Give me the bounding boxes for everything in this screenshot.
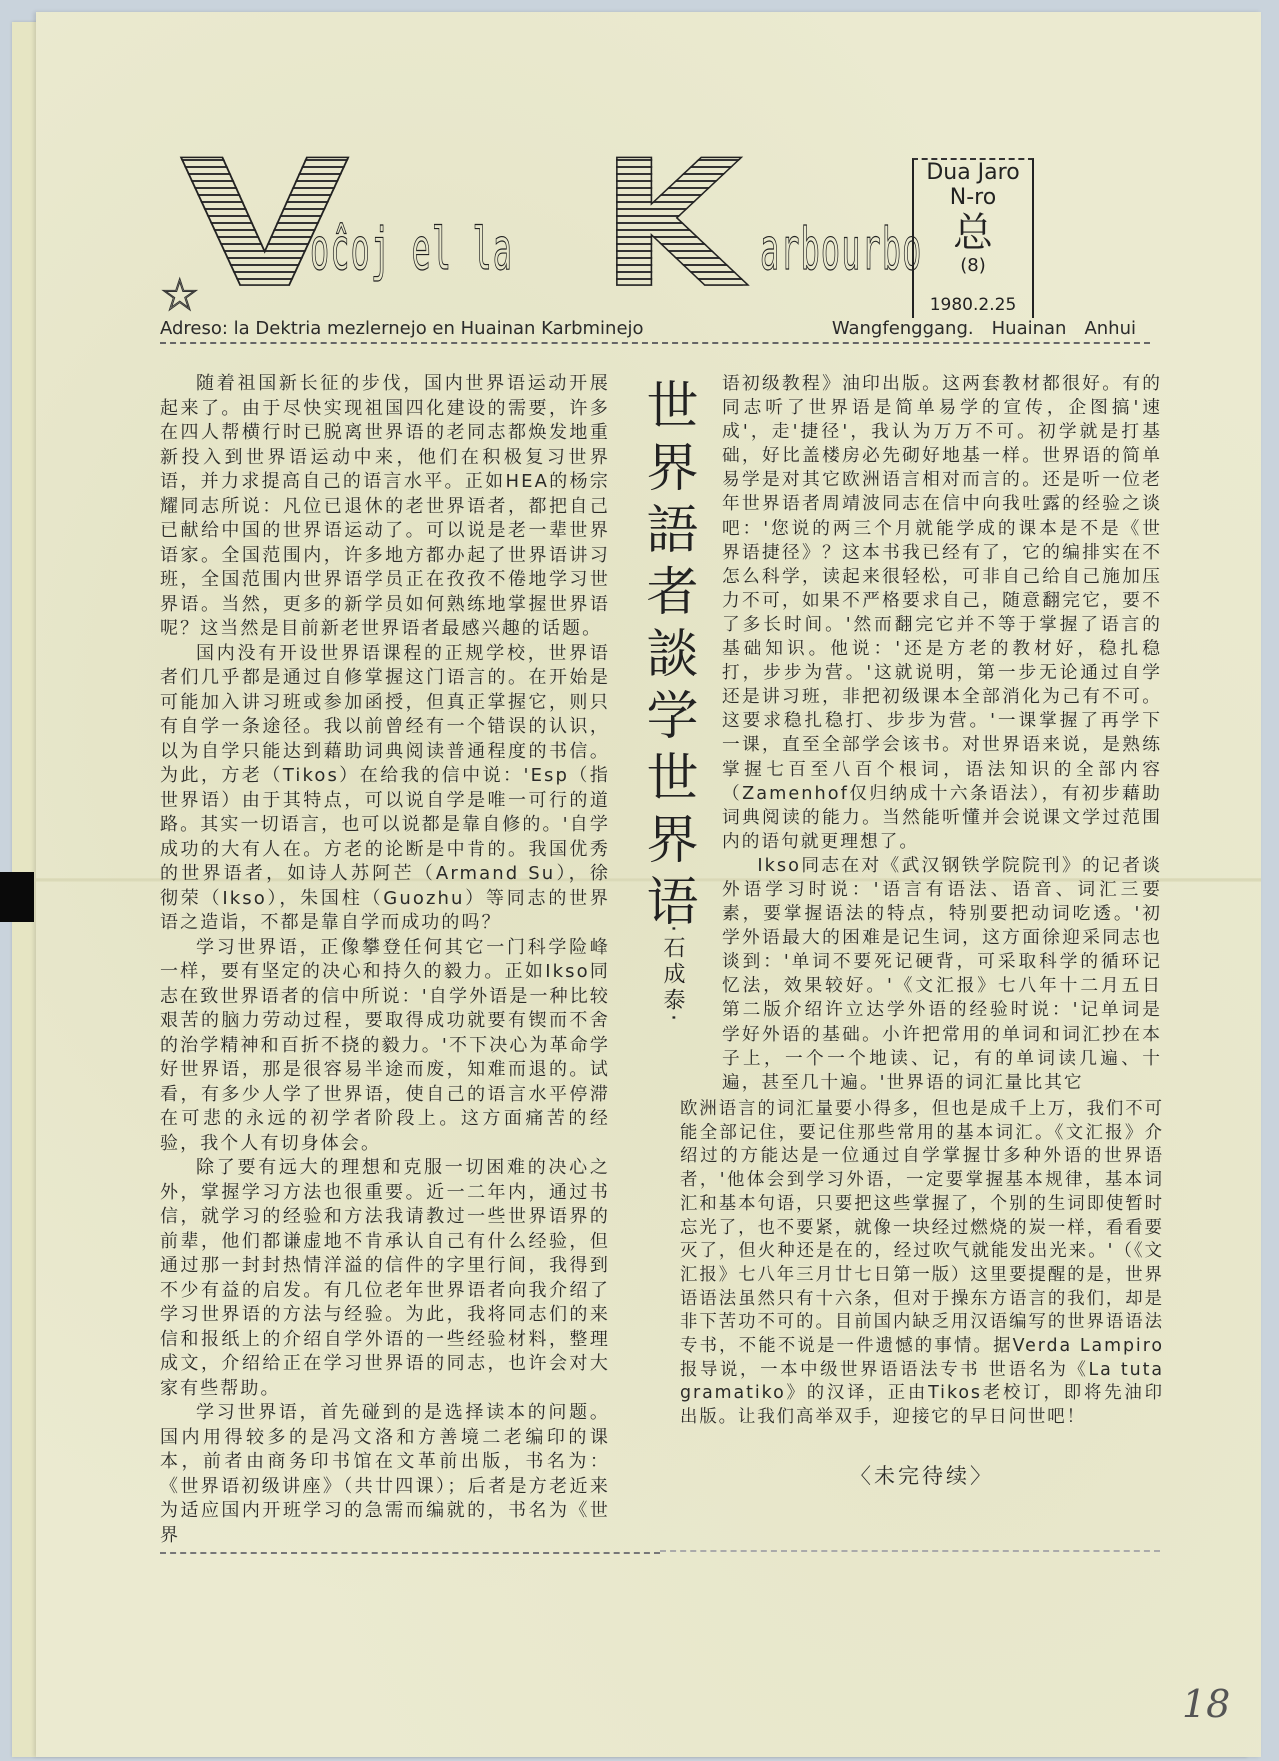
paragraph: 随着祖国新长征的步伐，国内世界语运动开展起来了。由于尽快实现祖国四化建设的需要，… [160,372,610,642]
article-title: 世界語者談学世界语 [622,378,712,936]
title-word-karbourbo: arbourbo [760,220,922,278]
binder-tab [0,872,34,922]
issue-number-sub: (8) [914,256,1032,276]
scanned-page-scene: ☆ V oĉoj el la K arbourbo Dua Jaro N-ro … [0,0,1279,1761]
paragraph: Ikso同志在对《武汉钢铁学院院刊》的记者谈外语学习时说：'语言有语法、语音、词… [722,854,1162,1095]
issue-year: Dua Jaro [914,160,1032,186]
bottom-divider-faint [660,1550,1160,1552]
article-right-column: 语初级教程》油印出版。这两套教材都很好。有的同志听了世界语是简单易学的宣传，企图… [722,372,1162,1095]
issue-number-label: N-ro [914,186,1032,210]
title-word-vocoj: oĉoj el la [310,220,513,278]
address-school: Adreso: la Dektria mezlernejo en Huainan… [160,318,644,342]
page-number: 18 [1182,1682,1230,1726]
paragraph: 欧洲语言的词汇量要小得多，但也是成千上万，我们不可能全部记住，要记住那些常用的基… [680,1098,1164,1430]
issue-info-box: Dua Jaro N-ro 总 (8) 1980.2.25 [912,158,1034,318]
paragraph: 语初级教程》油印出版。这两套教材都很好。有的同志听了世界语是简单易学的宣传，企图… [722,372,1162,854]
paragraph: 除了要有远大的理想和克服一切困难的决心之外，掌握学习方法也很重要。近一二年内，通… [160,1156,610,1401]
address-line: Adreso: la Dektria mezlernejo en Huainan… [160,318,1150,344]
article-author: ·石成泰· [648,925,688,1025]
issue-date: 1980.2.25 [914,294,1032,316]
paragraph: 学习世界语，首先碰到的是选择读本的问题。国内用得较多的是冯文洛和方善境二老编印的… [160,1401,610,1548]
issue-number-value: 总 [914,210,1032,256]
title-initial-k: K [600,138,742,313]
paragraph: 学习世界语，正像攀登任何其它一门科学险峰一样，要有坚定的决心和持久的毅力。正如I… [160,936,610,1157]
article-left-column: 随着祖国新长征的步伐，国内世界语运动开展起来了。由于尽快实现祖国四化建设的需要，… [160,372,610,1548]
article-right-column-wide: 欧洲语言的词汇量要小得多，但也是成千上万，我们不可能全部记住，要记住那些常用的基… [680,1098,1164,1430]
to-be-continued-note: 〈未完待续〉 [850,1460,994,1490]
bottom-divider [160,1552,660,1554]
paragraph: 国内没有开设世界语课程的正规学校，世界语者们几乎都是通过自修掌握这门语言的。在开… [160,642,610,936]
address-location: Wangfenggang.HuainanAnhui [814,318,1136,342]
